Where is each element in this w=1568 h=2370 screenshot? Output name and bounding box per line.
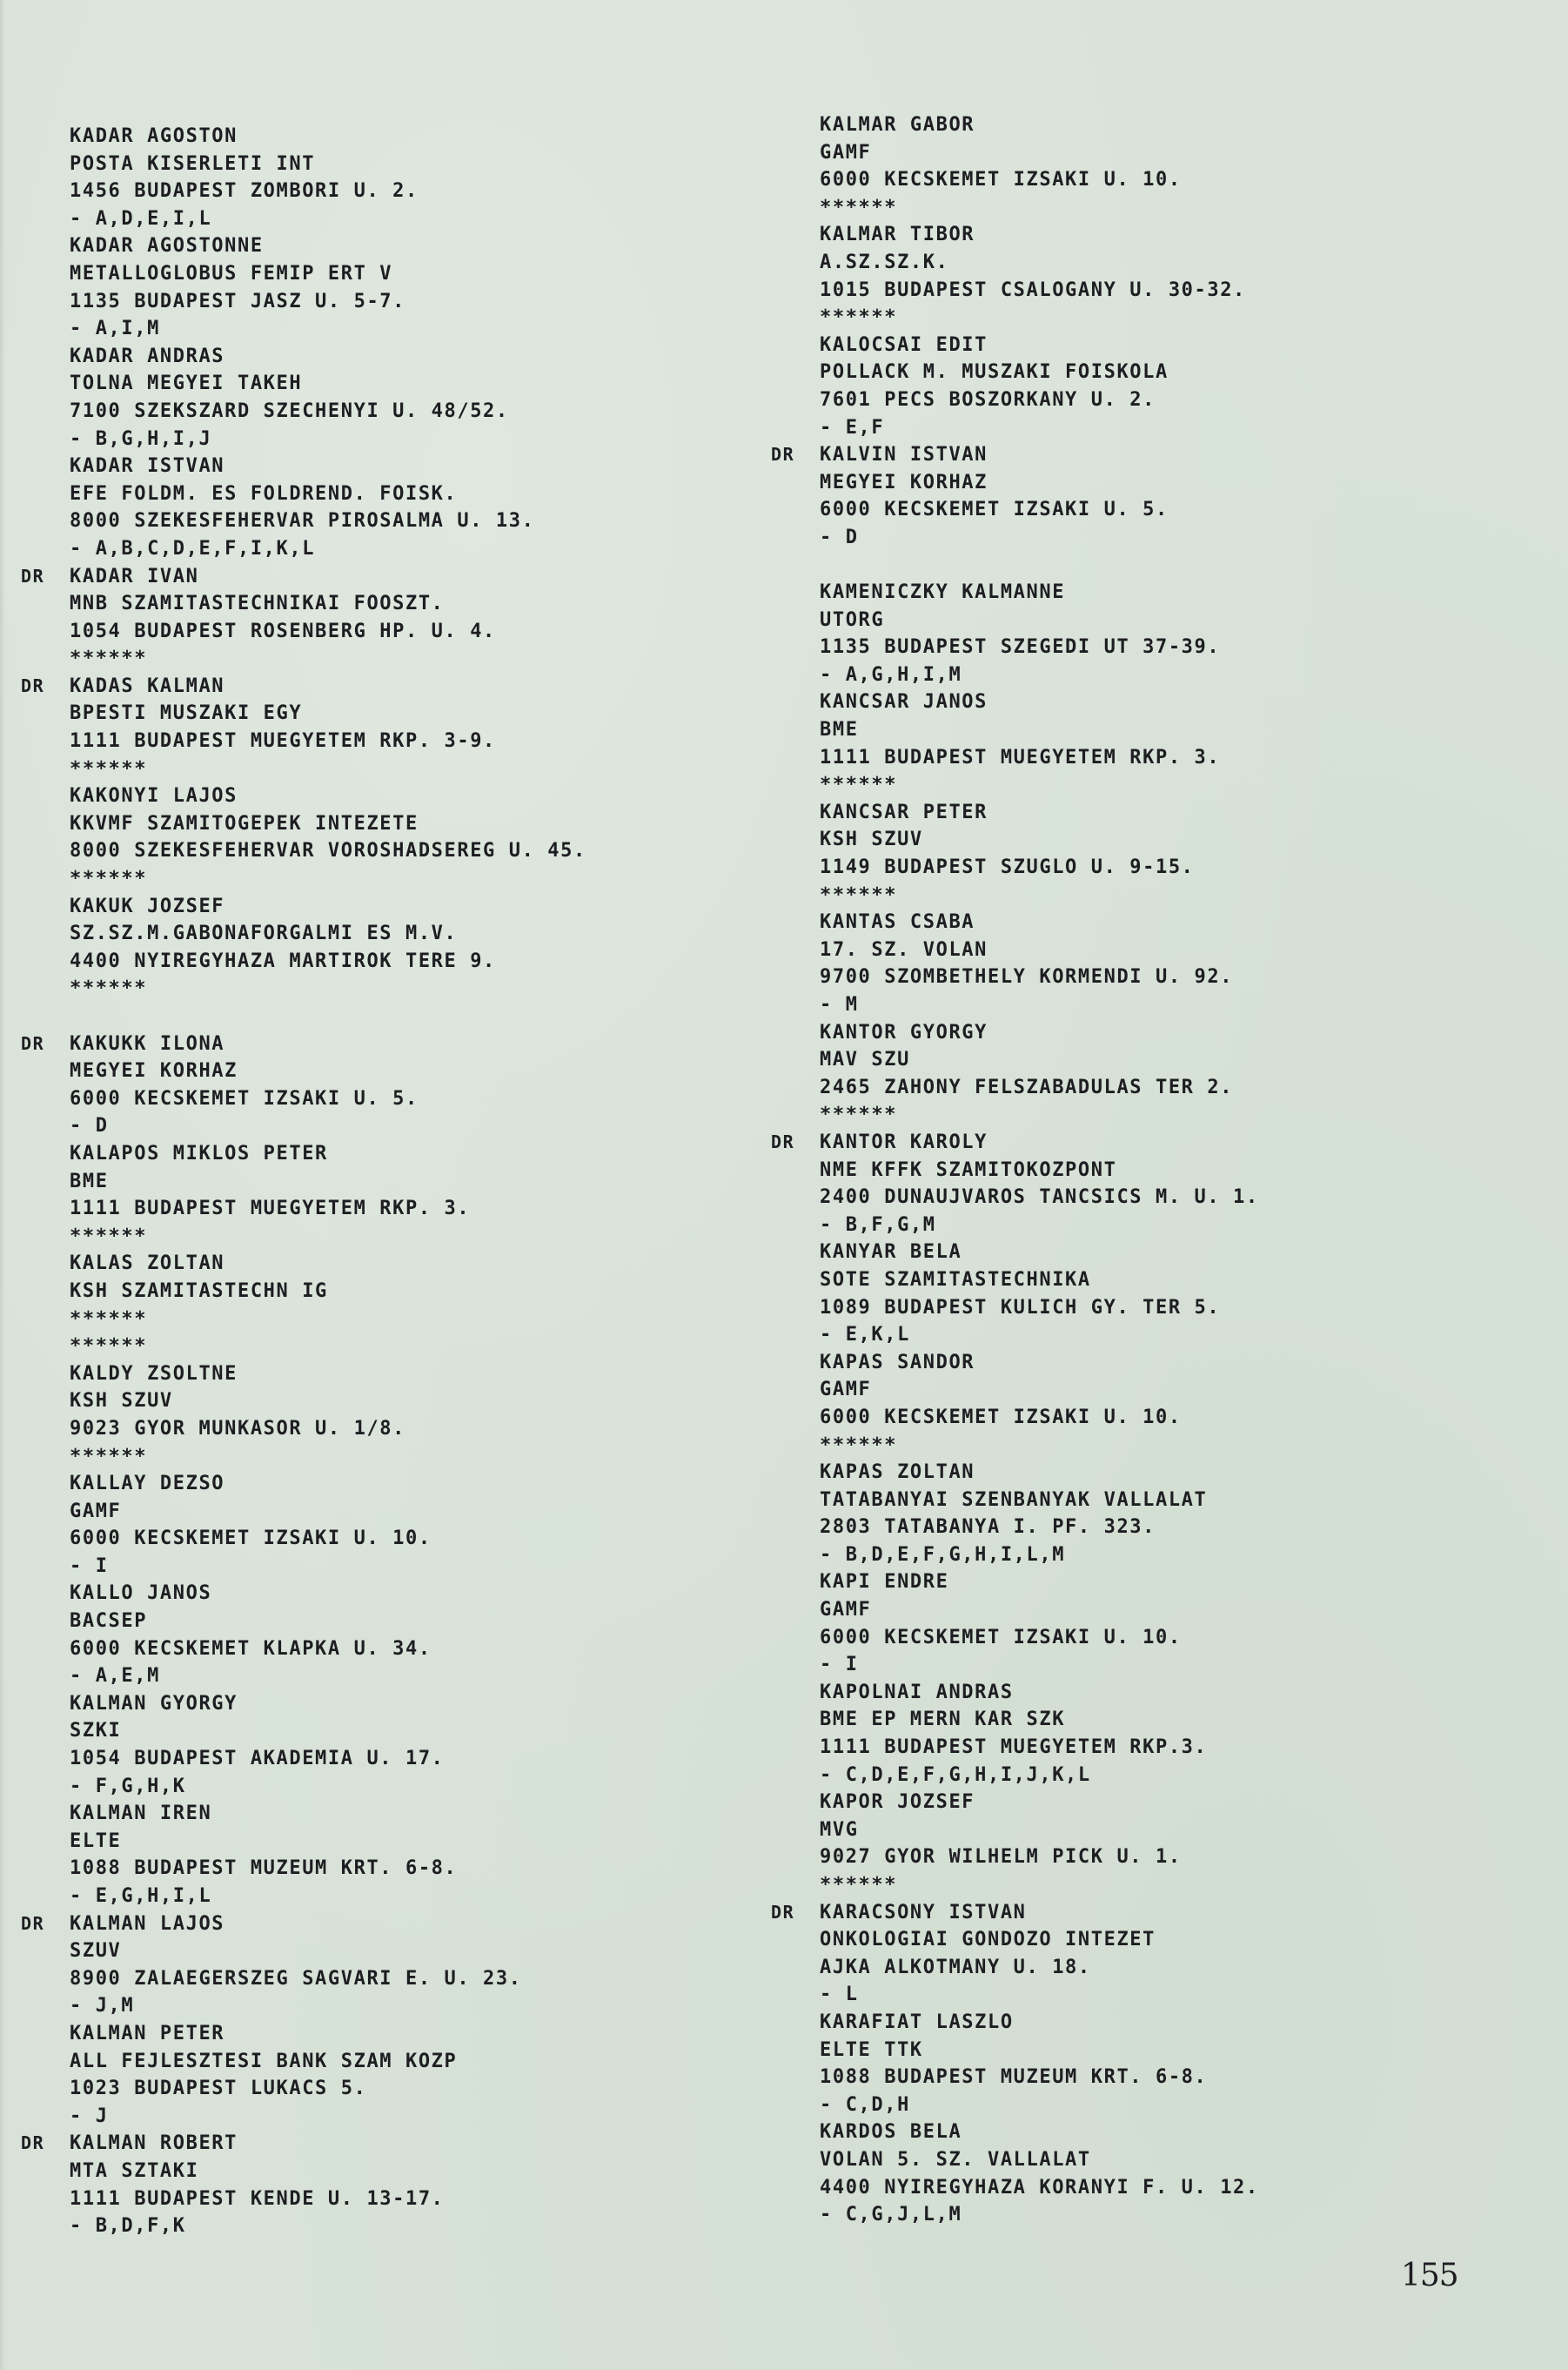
entry-codes-line: ****** bbox=[21, 975, 586, 1003]
entry-name: KADAR ANDRAS bbox=[70, 346, 224, 367]
entry-address: 6000 KECSKEMET IZSAKI U. 10. bbox=[70, 1527, 432, 1549]
entry-gap bbox=[21, 1003, 586, 1031]
entry-codes: - C,D,E,F,G,H,I,J,K,L bbox=[820, 1764, 1091, 1786]
entry-org-line: ELTE TTK bbox=[771, 2037, 1259, 2065]
entry-codes-line: - J,M bbox=[21, 1992, 586, 2020]
entry-org-line: BME bbox=[771, 716, 1259, 744]
entry-name-line: DRKADAS KALMAN bbox=[21, 673, 586, 701]
directory-entry: KADAR AGOSTONPOSTA KISERLETI INT1456 BUD… bbox=[21, 123, 586, 232]
entry-codes: - A,I,M bbox=[70, 318, 160, 339]
entry-codes: ****** bbox=[820, 1874, 897, 1896]
entry-codes-line: - F,G,H,K bbox=[21, 1773, 586, 1801]
directory-column-right: KALMAR GABORGAMF6000 KECSKEMET IZSAKI U.… bbox=[771, 111, 1259, 2229]
entry-org-line: KKVMF SZAMITOGEPEK INTEZETE bbox=[21, 810, 586, 838]
entry-name-line: KAPAS ZOLTAN bbox=[771, 1459, 1259, 1487]
entry-name-line: DRKALVIN ISTVAN bbox=[771, 441, 1259, 469]
entry-name-line: KALMAN GYORGY bbox=[21, 1690, 586, 1718]
entry-name-line: DRKADAR IVAN bbox=[21, 563, 586, 591]
title-prefix: DR bbox=[771, 441, 820, 469]
entry-organization: GAMF bbox=[70, 1501, 121, 1522]
entry-name-line: KANTOR GYORGY bbox=[771, 1019, 1259, 1047]
entry-codes: - I bbox=[70, 1555, 109, 1577]
entry-organization: MAV SZU bbox=[820, 1049, 910, 1071]
scanned-directory-page: KADAR AGOSTONPOSTA KISERLETI INT1456 BUD… bbox=[0, 0, 1568, 2370]
entry-codes: - B,D,E,F,G,H,I,L,M bbox=[820, 1544, 1065, 1566]
entry-organization: GAMF bbox=[820, 1379, 871, 1400]
entry-address-line: 4400 NYIREGYHAZA KORANYI F. U. 12. bbox=[771, 2174, 1259, 2202]
entry-organization: BACSEP bbox=[70, 1610, 147, 1632]
entry-codes-line: - M bbox=[771, 991, 1259, 1019]
entry-org-line: VOLAN 5. SZ. VALLALAT bbox=[771, 2146, 1259, 2174]
entry-organization: MVG bbox=[820, 1819, 859, 1841]
entry-codes: - D bbox=[70, 1115, 109, 1137]
entry-address: 9023 GYOR MUNKASOR U. 1/8. bbox=[70, 1418, 405, 1440]
entry-address-line: 6000 KECSKEMET IZSAKI U. 5. bbox=[21, 1085, 586, 1113]
entry-organization: KSH SZUV bbox=[70, 1390, 173, 1412]
entry-address-line: 8000 SZEKESFEHERVAR VOROSHADSEREG U. 45. bbox=[21, 837, 586, 865]
entry-address: 1111 BUDAPEST MUEGYETEM RKP. 3. bbox=[820, 747, 1220, 769]
entry-address: 4400 NYIREGYHAZA KORANYI F. U. 12. bbox=[820, 2177, 1259, 2199]
entry-address: 7100 SZEKSZARD SZECHENYI U. 48/52. bbox=[70, 400, 509, 422]
entry-name-line: KAKONYI LAJOS bbox=[21, 782, 586, 810]
entry-address: 1111 BUDAPEST KENDE U. 13-17. bbox=[70, 2188, 445, 2210]
entry-name: KANTOR KAROLY bbox=[820, 1131, 988, 1153]
entry-name-line: DRKANTOR KAROLY bbox=[771, 1129, 1259, 1157]
entry-codes-line: - A,I,M bbox=[21, 315, 586, 343]
entry-name-line: DRKARACSONY ISTVAN bbox=[771, 1899, 1259, 1927]
entry-address: 6000 KECSKEMET IZSAKI U. 10. bbox=[820, 1627, 1182, 1648]
entry-address: 1089 BUDAPEST KULICH GY. TER 5. bbox=[820, 1297, 1220, 1319]
entry-organization: ALL FEJLESZTESI BANK SZAM KOZP bbox=[70, 2051, 457, 2072]
entry-name-line: KALOCSAI EDIT bbox=[771, 332, 1259, 359]
entry-address: 2465 ZAHONY FELSZABADULAS TER 2. bbox=[820, 1077, 1233, 1098]
entry-name-line: KANYAR BELA bbox=[771, 1239, 1259, 1266]
entry-org-line: ONKOLOGIAI GONDOZO INTEZET bbox=[771, 1926, 1259, 1954]
entry-codes-line: ****** bbox=[771, 304, 1259, 332]
entry-org-line: 17. SZ. VOLAN bbox=[771, 937, 1259, 964]
entry-address: 1135 BUDAPEST JASZ U. 5-7. bbox=[70, 291, 405, 312]
entry-codes-line: - E,F bbox=[771, 414, 1259, 442]
entry-codes-line: - A,D,E,I,L bbox=[21, 205, 586, 233]
entry-codes-line: - B,D,E,F,G,H,I,L,M bbox=[771, 1541, 1259, 1569]
entry-org-line: MTA SZTAKI bbox=[21, 2158, 586, 2185]
entry-address-line: 6000 KECSKEMET IZSAKI U. 10. bbox=[21, 1525, 586, 1553]
entry-codes: - F,G,H,K bbox=[70, 1776, 186, 1797]
entry-organization: KSH SZAMITASTECHN IG bbox=[70, 1280, 328, 1302]
entry-codes-line: ****** bbox=[771, 1101, 1259, 1129]
directory-entry: KADAR ISTVANEFE FOLDM. ES FOLDREND. FOIS… bbox=[21, 453, 586, 562]
entry-codes-line: ****** bbox=[21, 1223, 586, 1251]
entry-codes: - J,M bbox=[70, 1995, 134, 2017]
entry-organization: SZ.SZ.M.GABONAFORGALMI ES M.V. bbox=[70, 923, 457, 944]
directory-entry: KALAS ZOLTANKSH SZAMITASTECHN IG****** bbox=[21, 1250, 586, 1333]
entry-address: 1135 BUDAPEST SZEGEDI UT 37-39. bbox=[820, 636, 1220, 658]
entry-name: KANYAR BELA bbox=[820, 1241, 962, 1263]
entry-codes: ****** bbox=[70, 1308, 147, 1330]
entry-address: 8000 SZEKESFEHERVAR PIROSALMA U. 13. bbox=[70, 510, 534, 532]
entry-name: KALLAY DEZSO bbox=[70, 1473, 224, 1494]
directory-entry: KAPAS SANDORGAMF6000 KECSKEMET IZSAKI U.… bbox=[771, 1349, 1259, 1459]
entry-organization: GAMF bbox=[820, 142, 871, 164]
entry-org-line: MEGYEI KORHAZ bbox=[771, 469, 1259, 497]
directory-entry: DRKALMAN LAJOSSZUV8900 ZALAEGERSZEG SAGV… bbox=[21, 1910, 586, 2020]
entry-address: 1149 BUDAPEST SZUGLO U. 9-15. bbox=[820, 856, 1195, 878]
entry-name-line: KANCSAR PETER bbox=[771, 799, 1259, 827]
entry-codes-line: - E,G,H,I,L bbox=[21, 1883, 586, 1910]
directory-entry: KALOCSAI EDITPOLLACK M. MUSZAKI FOISKOLA… bbox=[771, 332, 1259, 441]
entry-codes: ****** bbox=[70, 1225, 147, 1247]
directory-entry: KALLAY DEZSOGAMF6000 KECSKEMET IZSAKI U.… bbox=[21, 1470, 586, 1580]
entry-address: AJKA ALKOTMANY U. 18. bbox=[820, 1957, 1091, 1978]
entry-organization: MNB SZAMITASTECHNIKAI FOOSZT. bbox=[70, 593, 445, 614]
entry-name-line: KALLO JANOS bbox=[21, 1580, 586, 1608]
entry-codes: ****** bbox=[820, 884, 897, 906]
entry-address-line: 6000 KECSKEMET IZSAKI U. 10. bbox=[771, 1404, 1259, 1432]
entry-org-line: ELTE bbox=[21, 1828, 586, 1856]
directory-entry: KAPOR JOZSEFMVG9027 GYOR WILHELM PICK U.… bbox=[771, 1789, 1259, 1898]
entry-codes-line: - B,G,H,I,J bbox=[21, 426, 586, 453]
entry-name: KADAR AGOSTON bbox=[70, 125, 238, 147]
entry-address-line: 1111 BUDAPEST MUEGYETEM RKP.3. bbox=[771, 1734, 1259, 1762]
entry-codes: - A,B,C,D,E,F,I,K,L bbox=[70, 538, 315, 560]
entry-name: KALLO JANOS bbox=[70, 1582, 211, 1604]
entry-address-line: 1054 BUDAPEST AKADEMIA U. 17. bbox=[21, 1745, 586, 1773]
entry-organization: BME EP MERN KAR SZK bbox=[820, 1709, 1065, 1730]
directory-entry: KARAFIAT LASZLOELTE TTK1088 BUDAPEST MUZ… bbox=[771, 2009, 1259, 2118]
directory-entry: KAPOLNAI ANDRASBME EP MERN KAR SZK1111 B… bbox=[771, 1679, 1259, 1789]
title-prefix: DR bbox=[21, 1031, 70, 1058]
directory-column-left: KADAR AGOSTONPOSTA KISERLETI INT1456 BUD… bbox=[21, 123, 586, 2240]
entry-org-line: GAMF bbox=[21, 1498, 586, 1526]
entry-address: 8000 SZEKESFEHERVAR VOROSHADSEREG U. 45. bbox=[70, 840, 586, 862]
entry-address-line: AJKA ALKOTMANY U. 18. bbox=[771, 1954, 1259, 1982]
entry-name-line: KAMENICZKY KALMANNE bbox=[771, 579, 1259, 607]
entry-codes: - B,D,F,K bbox=[70, 2215, 186, 2237]
directory-entry: KAPI ENDREGAMF6000 KECSKEMET IZSAKI U. 1… bbox=[771, 1568, 1259, 1678]
entry-organization: TOLNA MEGYEI TAKEH bbox=[70, 373, 302, 394]
directory-entry: KANCSAR JANOSBME1111 BUDAPEST MUEGYETEM … bbox=[771, 688, 1259, 798]
entry-name-line: KALAPOS MIKLOS PETER bbox=[21, 1140, 586, 1168]
entry-codes: ****** bbox=[820, 774, 897, 796]
entry-name-line: KAPOR JOZSEF bbox=[771, 1789, 1259, 1816]
page-number: 155 bbox=[1401, 2258, 1458, 2293]
entry-address: 6000 KECSKEMET IZSAKI U. 10. bbox=[820, 1407, 1182, 1428]
entry-address: 1015 BUDAPEST CSALOGANY U. 30-32. bbox=[820, 279, 1246, 301]
entry-name-line: KARDOS BELA bbox=[771, 2118, 1259, 2146]
entry-name: KAPAS SANDOR bbox=[820, 1352, 975, 1373]
directory-entry: KARDOS BELAVOLAN 5. SZ. VALLALAT4400 NYI… bbox=[771, 2118, 1259, 2228]
entry-codes-line: - I bbox=[21, 1553, 586, 1581]
title-prefix: DR bbox=[771, 1129, 820, 1157]
entry-organization: BPESTI MUSZAKI EGY bbox=[70, 702, 302, 724]
entry-org-line: TOLNA MEGYEI TAKEH bbox=[21, 370, 586, 398]
entry-address-line: 1135 BUDAPEST JASZ U. 5-7. bbox=[21, 288, 586, 316]
entry-codes: - B,F,G,M bbox=[820, 1214, 936, 1236]
entry-codes-line: ****** bbox=[21, 865, 586, 893]
entry-codes-line: ****** bbox=[771, 1432, 1259, 1460]
entry-address-line: 8900 ZALAEGERSZEG SAGVARI E. U. 23. bbox=[21, 1965, 586, 1993]
entry-codes: ****** bbox=[70, 1446, 147, 1467]
entry-codes-line: - A,B,C,D,E,F,I,K,L bbox=[21, 535, 586, 563]
entry-org-line: POSTA KISERLETI INT bbox=[21, 151, 586, 178]
entry-codes: ****** bbox=[820, 306, 897, 328]
directory-entry: DRKANTOR KAROLYNME KFFK SZAMITOKOZPONT24… bbox=[771, 1129, 1259, 1239]
entry-name-line: KALLAY DEZSO bbox=[21, 1470, 586, 1498]
entry-address-line: 1023 BUDAPEST LUKACS 5. bbox=[21, 2075, 586, 2103]
entry-address-line: 1015 BUDAPEST CSALOGANY U. 30-32. bbox=[771, 277, 1259, 305]
entry-address: 8900 ZALAEGERSZEG SAGVARI E. U. 23. bbox=[70, 1968, 522, 1990]
entry-codes: ****** bbox=[70, 758, 147, 780]
entry-codes: ****** bbox=[820, 1434, 897, 1456]
entry-codes: ****** bbox=[70, 1335, 147, 1357]
entry-name: KANTOR GYORGY bbox=[820, 1022, 988, 1044]
entry-address-line: 8000 SZEKESFEHERVAR PIROSALMA U. 13. bbox=[21, 507, 586, 535]
entry-codes-line: - B,F,G,M bbox=[771, 1212, 1259, 1239]
directory-entry: DRKALVIN ISTVANMEGYEI KORHAZ6000 KECSKEM… bbox=[771, 441, 1259, 551]
entry-name: KARAFIAT LASZLO bbox=[820, 2011, 1014, 2033]
entry-codes: ****** bbox=[820, 1104, 897, 1125]
entry-name: KALDY ZSOLTNE bbox=[70, 1363, 238, 1385]
entry-org-line: BACSEP bbox=[21, 1608, 586, 1635]
entry-name: KANCSAR JANOS bbox=[820, 691, 988, 713]
entry-codes: - A,E,M bbox=[70, 1665, 160, 1687]
page-edge-shadow bbox=[0, 0, 5, 2370]
entry-organization: MEGYEI KORHAZ bbox=[820, 472, 988, 493]
entry-name-line: KAPOLNAI ANDRAS bbox=[771, 1679, 1259, 1707]
entry-name: KANCSAR PETER bbox=[820, 802, 988, 823]
entry-address-line: 4400 NYIREGYHAZA MARTIROK TERE 9. bbox=[21, 948, 586, 976]
entry-name-line: KADAR AGOSTONNE bbox=[21, 232, 586, 260]
entry-codes-line: ****** bbox=[21, 1306, 586, 1333]
directory-entry: KANTAS CSABA17. SZ. VOLAN9700 SZOMBETHEL… bbox=[771, 909, 1259, 1018]
entry-org-line: MAV SZU bbox=[771, 1046, 1259, 1074]
entry-name: KALOCSAI EDIT bbox=[820, 334, 988, 356]
entry-org-line: MNB SZAMITASTECHNIKAI FOOSZT. bbox=[21, 590, 586, 618]
entry-org-line: KSH SZUV bbox=[21, 1387, 586, 1415]
entry-address-line: 7100 SZEKSZARD SZECHENYI U. 48/52. bbox=[21, 398, 586, 426]
entry-codes-line: ****** bbox=[771, 771, 1259, 799]
entry-org-line: GAMF bbox=[771, 1376, 1259, 1404]
entry-address-line: 1088 BUDAPEST MUZEUM KRT. 6-8. bbox=[771, 2064, 1259, 2091]
entry-codes: ****** bbox=[70, 977, 147, 999]
entry-name: KALMAN LAJOS bbox=[70, 1913, 224, 1935]
entry-address-line: 1111 BUDAPEST MUEGYETEM RKP. 3. bbox=[21, 1195, 586, 1223]
entry-name: KALAS ZOLTAN bbox=[70, 1252, 224, 1274]
entry-codes-line: - A,E,M bbox=[21, 1662, 586, 1690]
entry-org-line: BME EP MERN KAR SZK bbox=[771, 1706, 1259, 1734]
entry-org-line: SZKI bbox=[21, 1717, 586, 1745]
entry-name: KAKUK JOZSEF bbox=[70, 896, 224, 917]
entry-name: KAKUKK ILONA bbox=[70, 1033, 224, 1055]
entry-name: KADAR IVAN bbox=[70, 566, 198, 587]
entry-address: 1111 BUDAPEST MUEGYETEM RKP.3. bbox=[820, 1736, 1207, 1758]
entry-address-line: 2400 DUNAUJVAROS TANCSICS M. U. 1. bbox=[771, 1184, 1259, 1212]
entry-codes: - M bbox=[820, 994, 859, 1016]
entry-codes-line: ****** bbox=[21, 1333, 586, 1360]
entry-name: KAPI ENDRE bbox=[820, 1571, 948, 1593]
entry-organization: TATABANYAI SZENBANYAK VALLALAT bbox=[820, 1489, 1207, 1511]
entry-codes-line: - B,D,F,K bbox=[21, 2212, 586, 2240]
entry-organization: SZUV bbox=[70, 1940, 121, 1962]
entry-address: 2400 DUNAUJVAROS TANCSICS M. U. 1. bbox=[820, 1186, 1259, 1208]
entry-name: KAPAS ZOLTAN bbox=[820, 1461, 975, 1483]
directory-entry: KAKONYI LAJOSKKVMF SZAMITOGEPEK INTEZETE… bbox=[21, 782, 586, 892]
entry-codes: - C,G,J,L,M bbox=[820, 2204, 962, 2226]
entry-address-line: 1111 BUDAPEST MUEGYETEM RKP. 3. bbox=[771, 744, 1259, 772]
entry-org-line: SOTE SZAMITASTECHNIKA bbox=[771, 1266, 1259, 1294]
entry-org-line: NME KFFK SZAMITOKOZPONT bbox=[771, 1157, 1259, 1185]
entry-codes: ****** bbox=[820, 197, 897, 218]
directory-entry: KALDY ZSOLTNEKSH SZUV9023 GYOR MUNKASOR … bbox=[21, 1360, 586, 1470]
directory-entry: KALMAR TIBORA.SZ.SZ.K.1015 BUDAPEST CSAL… bbox=[771, 221, 1259, 331]
entry-organization: MEGYEI KORHAZ bbox=[70, 1060, 238, 1082]
entry-codes-line: - I bbox=[771, 1651, 1259, 1679]
entry-name-line: KALDY ZSOLTNE bbox=[21, 1360, 586, 1388]
entry-codes-line: - A,G,H,I,M bbox=[771, 661, 1259, 689]
entry-codes: - I bbox=[820, 1654, 859, 1675]
entry-name: KALVIN ISTVAN bbox=[820, 444, 988, 466]
entry-codes-line: - D bbox=[771, 524, 1259, 552]
entry-address: 1088 BUDAPEST MUZEUM KRT. 6-8. bbox=[820, 2066, 1207, 2088]
entry-organization: KSH SZUV bbox=[820, 829, 923, 850]
entry-codes-line: - L bbox=[771, 1981, 1259, 2009]
entry-address: 6000 KECSKEMET IZSAKI U. 5. bbox=[820, 499, 1169, 520]
entry-name-line: KADAR ISTVAN bbox=[21, 453, 586, 480]
entry-address-line: 7601 PECS BOSZORKANY U. 2. bbox=[771, 386, 1259, 414]
entry-address: 1111 BUDAPEST MUEGYETEM RKP. 3-9. bbox=[70, 730, 496, 752]
entry-organization: POSTA KISERLETI INT bbox=[70, 153, 315, 175]
directory-entry: KALAPOS MIKLOS PETERBME1111 BUDAPEST MUE… bbox=[21, 1140, 586, 1250]
entry-address-line: 9027 GYOR WILHELM PICK U. 1. bbox=[771, 1843, 1259, 1871]
directory-entry: KANYAR BELASOTE SZAMITASTECHNIKA1089 BUD… bbox=[771, 1239, 1259, 1348]
entry-name-line: KADAR AGOSTON bbox=[21, 123, 586, 151]
entry-address-line: 1089 BUDAPEST KULICH GY. TER 5. bbox=[771, 1294, 1259, 1322]
entry-address-line: 6000 KECSKEMET KLAPKA U. 34. bbox=[21, 1635, 586, 1663]
entry-organization: 17. SZ. VOLAN bbox=[820, 939, 988, 961]
entry-organization: UTORG bbox=[820, 609, 884, 631]
entry-codes-line: ****** bbox=[21, 755, 586, 783]
directory-entry: DRKAKUKK ILONAMEGYEI KORHAZ6000 KECSKEME… bbox=[21, 1031, 586, 1140]
entry-organization: ONKOLOGIAI GONDOZO INTEZET bbox=[820, 1929, 1156, 1950]
directory-entry: KAMENICZKY KALMANNEUTORG1135 BUDAPEST SZ… bbox=[771, 579, 1259, 688]
entry-address-line: 1054 BUDAPEST ROSENBERG HP. U. 4. bbox=[21, 618, 586, 646]
entry-address-line: 9700 SZOMBETHELY KORMENDI U. 92. bbox=[771, 963, 1259, 991]
entry-address-line: 1456 BUDAPEST ZOMBORI U. 2. bbox=[21, 178, 586, 205]
entry-codes-line: - J bbox=[21, 2103, 586, 2131]
entry-org-line: GAMF bbox=[771, 139, 1259, 167]
entry-name-line: KALMAN IREN bbox=[21, 1800, 586, 1828]
entry-codes-line: - D bbox=[21, 1112, 586, 1140]
entry-codes: - E,G,H,I,L bbox=[70, 1885, 211, 1907]
title-prefix: DR bbox=[21, 1910, 70, 1938]
entry-org-line: BPESTI MUSZAKI EGY bbox=[21, 700, 586, 728]
directory-entry: KAPAS ZOLTANTATABANYAI SZENBANYAK VALLAL… bbox=[771, 1459, 1259, 1568]
entry-name: KADAS KALMAN bbox=[70, 675, 224, 697]
entry-org-line: BME bbox=[21, 1168, 586, 1196]
entry-address: 1023 BUDAPEST LUKACS 5. bbox=[70, 2078, 366, 2099]
directory-entry: KADAR ANDRASTOLNA MEGYEI TAKEH7100 SZEKS… bbox=[21, 343, 586, 453]
entry-organization: POLLACK M. MUSZAKI FOISKOLA bbox=[820, 361, 1169, 383]
entry-org-line: METALLOGLOBUS FEMIP ERT V bbox=[21, 260, 586, 288]
entry-codes: - J bbox=[70, 2105, 109, 2127]
entry-organization: NME KFFK SZAMITOKOZPONT bbox=[820, 1159, 1116, 1181]
entry-address: 1456 BUDAPEST ZOMBORI U. 2. bbox=[70, 180, 419, 202]
directory-entry: DRKADAS KALMANBPESTI MUSZAKI EGY1111 BUD… bbox=[21, 673, 586, 782]
entry-codes: - A,G,H,I,M bbox=[820, 664, 962, 686]
entry-name: KALMAN GYORGY bbox=[70, 1693, 238, 1715]
directory-entry: DRKALMAN ROBERTMTA SZTAKI1111 BUDAPEST K… bbox=[21, 2130, 586, 2239]
entry-codes-line: - C,D,H bbox=[771, 2091, 1259, 2119]
entry-organization: ELTE TTK bbox=[820, 2039, 923, 2061]
directory-entry: KANCSAR PETERKSH SZUV1149 BUDAPEST SZUGL… bbox=[771, 799, 1259, 909]
entry-name: KAPOLNAI ANDRAS bbox=[820, 1682, 1014, 1703]
entry-address-line: 1135 BUDAPEST SZEGEDI UT 37-39. bbox=[771, 634, 1259, 661]
entry-name-line: KADAR ANDRAS bbox=[21, 343, 586, 371]
entry-organization: GAMF bbox=[820, 1599, 871, 1621]
entry-codes-line: - C,D,E,F,G,H,I,J,K,L bbox=[771, 1762, 1259, 1789]
entry-codes: ****** bbox=[70, 868, 147, 890]
entry-org-line: UTORG bbox=[771, 607, 1259, 634]
entry-name: KAKONYI LAJOS bbox=[70, 785, 238, 807]
directory-entry: KALMAN GYORGYSZKI1054 BUDAPEST AKADEMIA … bbox=[21, 1690, 586, 1800]
entry-address-line: 1088 BUDAPEST MUZEUM KRT. 6-8. bbox=[21, 1855, 586, 1883]
entry-name: KAPOR JOZSEF bbox=[820, 1791, 975, 1813]
entry-name-line: KALMAN PETER bbox=[21, 2020, 586, 2048]
entry-name: KARDOS BELA bbox=[820, 2121, 962, 2143]
entry-codes-line: ****** bbox=[21, 645, 586, 673]
entry-name-line: KAKUK JOZSEF bbox=[21, 893, 586, 921]
entry-org-line: ALL FEJLESZTESI BANK SZAM KOZP bbox=[21, 2048, 586, 2076]
entry-address-line: 1111 BUDAPEST KENDE U. 13-17. bbox=[21, 2185, 586, 2213]
entry-organization: KKVMF SZAMITOGEPEK INTEZETE bbox=[70, 813, 419, 835]
entry-name: KALMAN ROBERT bbox=[70, 2132, 238, 2154]
directory-entry: ****** bbox=[21, 1333, 586, 1360]
entry-gap bbox=[771, 552, 1259, 580]
entry-address-line: 2465 ZAHONY FELSZABADULAS TER 2. bbox=[771, 1074, 1259, 1102]
entry-address-line: 9023 GYOR MUNKASOR U. 1/8. bbox=[21, 1415, 586, 1443]
entry-address: 1054 BUDAPEST ROSENBERG HP. U. 4. bbox=[70, 621, 496, 642]
entry-codes: - D bbox=[820, 527, 859, 548]
entry-org-line: SZUV bbox=[21, 1937, 586, 1965]
entry-codes-line: - C,G,J,L,M bbox=[771, 2201, 1259, 2229]
entry-name: KALMAR GABOR bbox=[820, 114, 975, 136]
entry-name: KAMENICZKY KALMANNE bbox=[820, 581, 1065, 603]
entry-address: 1088 BUDAPEST MUZEUM KRT. 6-8. bbox=[70, 1857, 457, 1879]
entry-address-line: 1149 BUDAPEST SZUGLO U. 9-15. bbox=[771, 854, 1259, 882]
entry-organization: BME bbox=[820, 719, 859, 741]
entry-address-line: 6000 KECSKEMET IZSAKI U. 5. bbox=[771, 496, 1259, 524]
entry-codes: ****** bbox=[70, 648, 147, 669]
entry-codes: - C,D,H bbox=[820, 2094, 910, 2116]
entry-address-line: 6000 KECSKEMET IZSAKI U. 10. bbox=[771, 1624, 1259, 1652]
entry-name-line: KAPAS SANDOR bbox=[771, 1349, 1259, 1377]
entry-org-line: MEGYEI KORHAZ bbox=[21, 1057, 586, 1085]
entry-organization: ELTE bbox=[70, 1830, 121, 1852]
entry-codes-line: ****** bbox=[771, 1871, 1259, 1899]
entry-address: 2803 TATABANYA I. PF. 323. bbox=[820, 1516, 1156, 1538]
entry-address: 7601 PECS BOSZORKANY U. 2. bbox=[820, 389, 1156, 411]
entry-org-line: KSH SZUV bbox=[771, 826, 1259, 854]
entry-name-line: KANTAS CSABA bbox=[771, 909, 1259, 937]
entry-name: KALMAN IREN bbox=[70, 1803, 211, 1824]
entry-address: 6000 KECSKEMET IZSAKI U. 10. bbox=[820, 169, 1182, 191]
entry-name-line: KANCSAR JANOS bbox=[771, 688, 1259, 716]
directory-entry: DRKARACSONY ISTVANONKOLOGIAI GONDOZO INT… bbox=[771, 1899, 1259, 2009]
title-prefix: DR bbox=[21, 563, 70, 591]
entry-address: 4400 NYIREGYHAZA MARTIROK TERE 9. bbox=[70, 950, 496, 972]
directory-entry: KALMAN IRENELTE1088 BUDAPEST MUZEUM KRT.… bbox=[21, 1800, 586, 1910]
entry-org-line: POLLACK M. MUSZAKI FOISKOLA bbox=[771, 359, 1259, 386]
